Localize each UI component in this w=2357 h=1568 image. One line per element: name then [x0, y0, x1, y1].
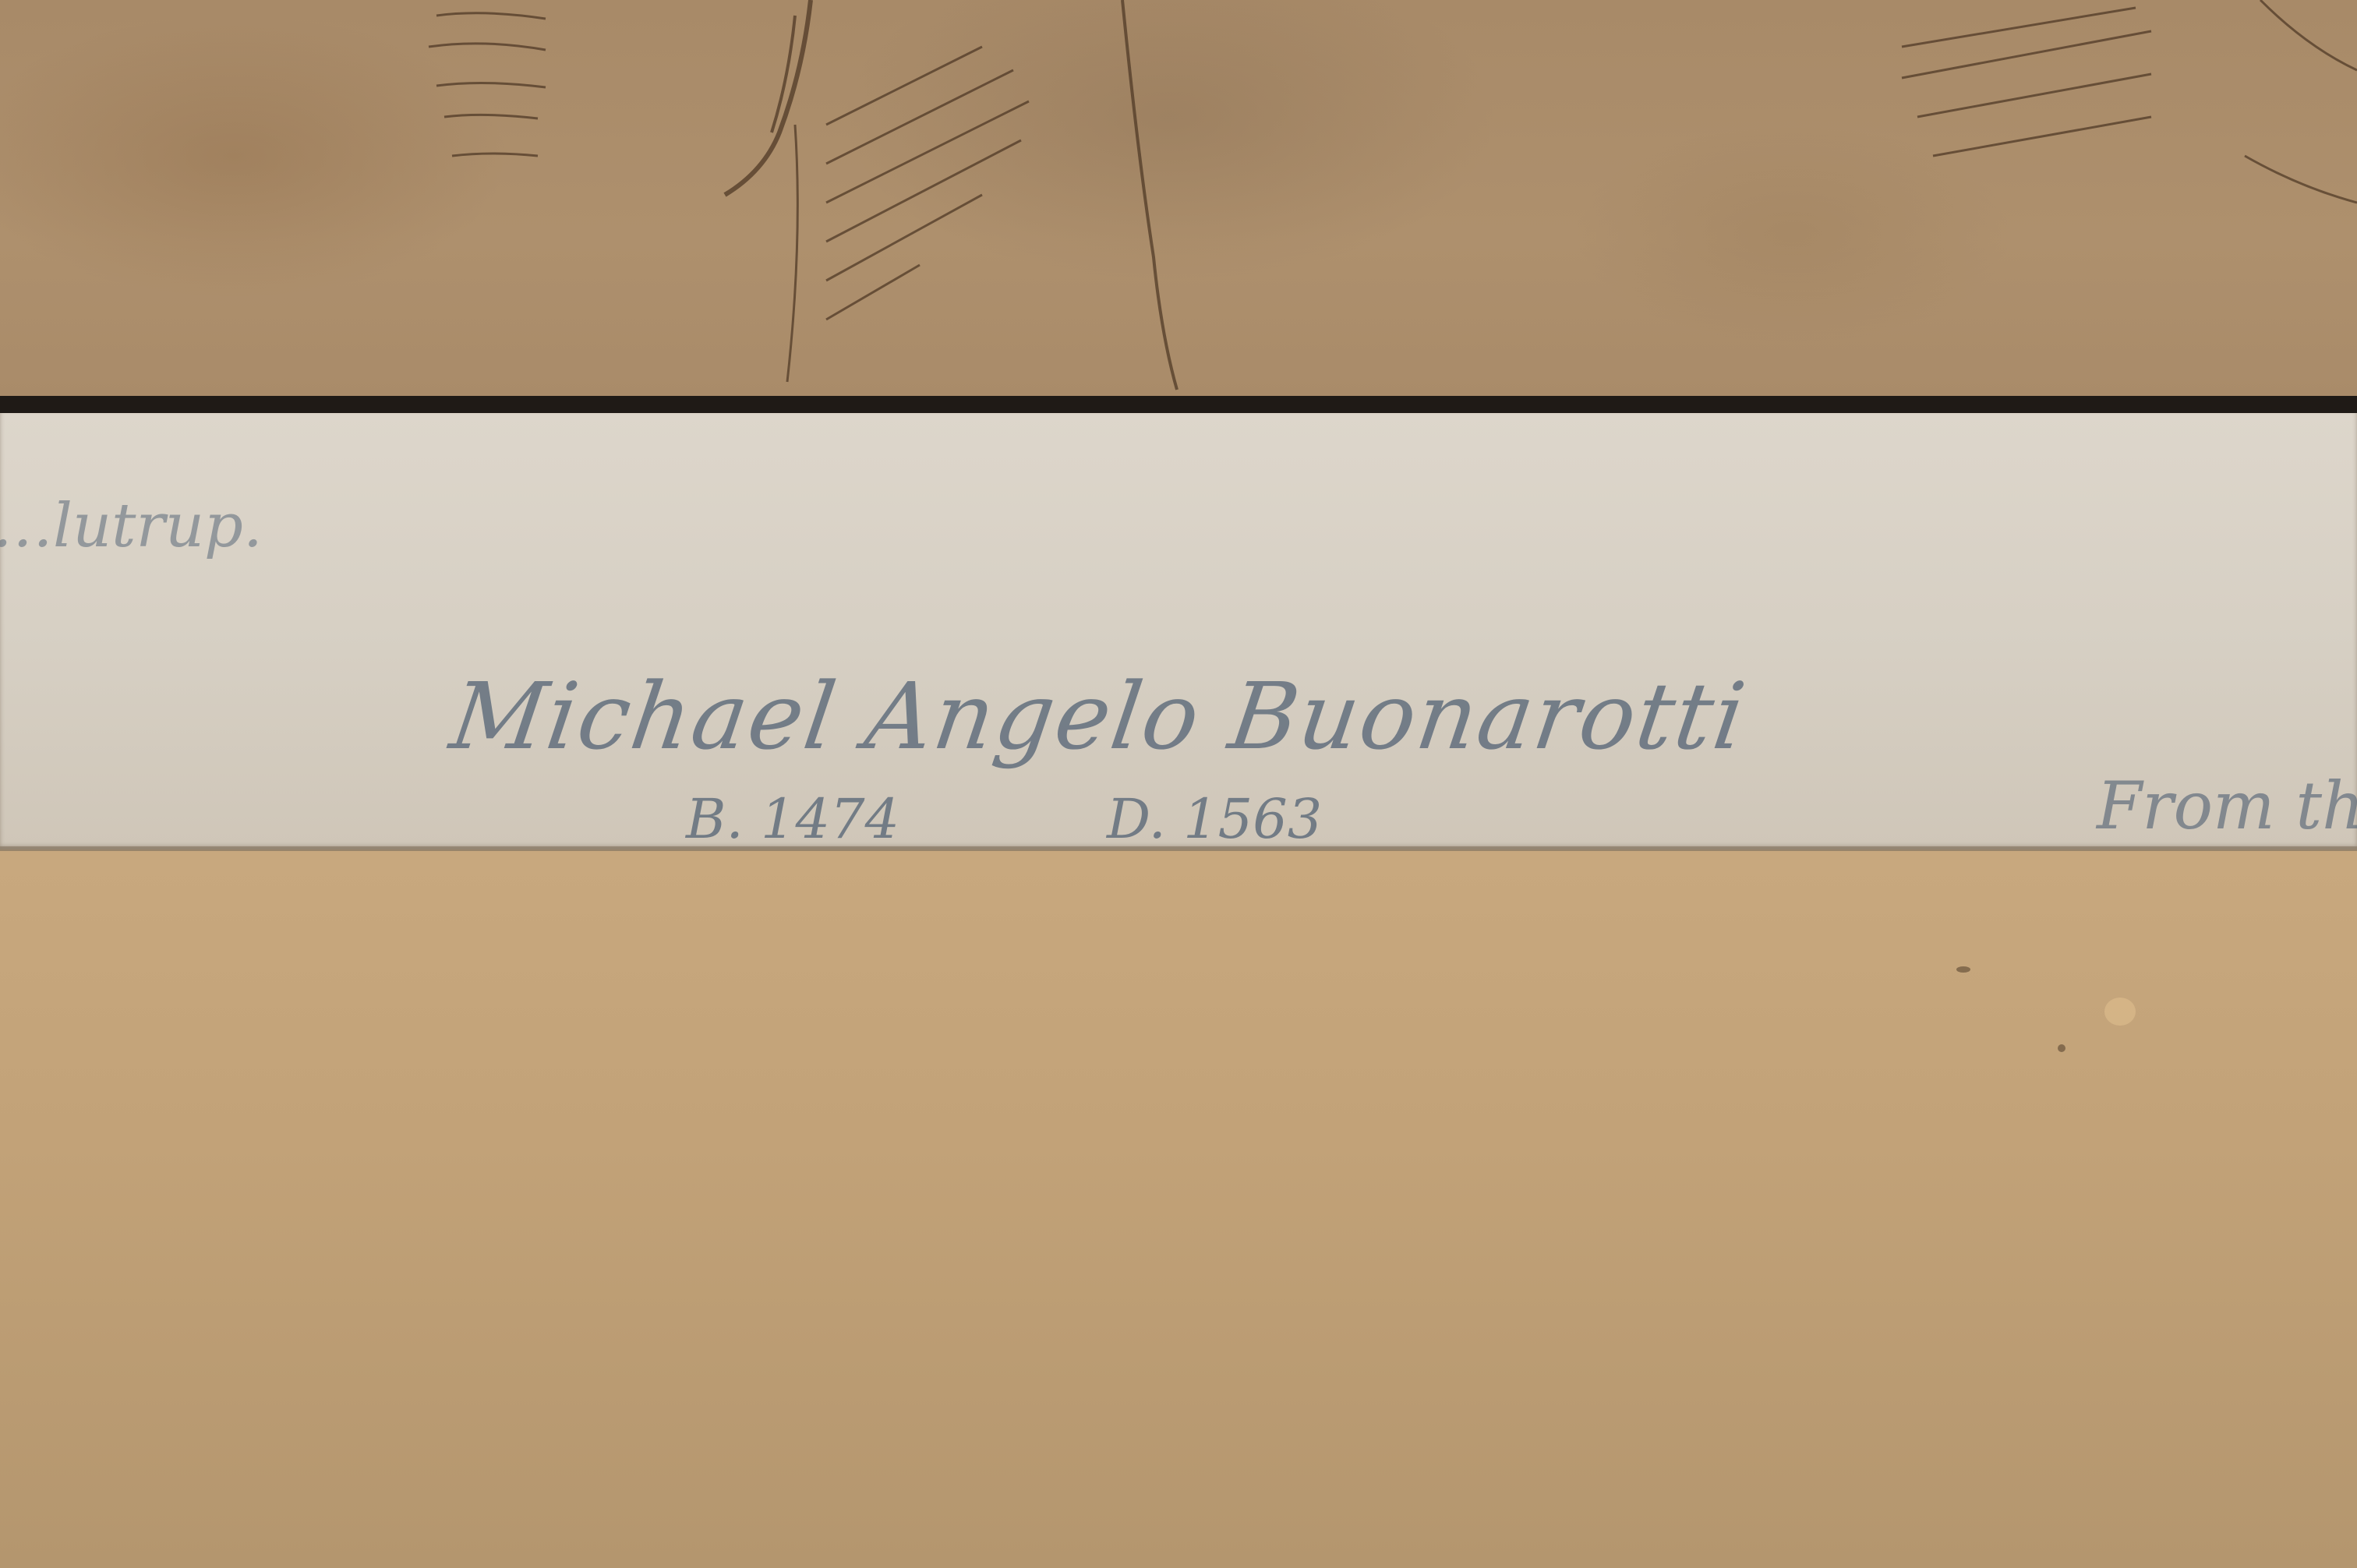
drawing-sheet [0, 0, 2357, 397]
inscription-birth-year: B. 1474 [686, 787, 899, 851]
inscription-left-fragment: …lutrup. [0, 491, 263, 561]
inscription-artist-name: Michael Angelo Buonarotti [444, 662, 1752, 770]
mount-blemish [2104, 998, 2136, 1026]
inscription-death-year: D. 1563 [1107, 787, 1322, 851]
inscription-right-fragment: From th… [2097, 768, 2357, 844]
mount-speck [1956, 966, 1970, 973]
inscription-strip [0, 413, 2357, 849]
black-border-rule [0, 396, 2357, 413]
pen-hatching-strokes [0, 0, 2357, 397]
mount-speck [2058, 1044, 2065, 1052]
mount-board [0, 851, 2357, 1568]
